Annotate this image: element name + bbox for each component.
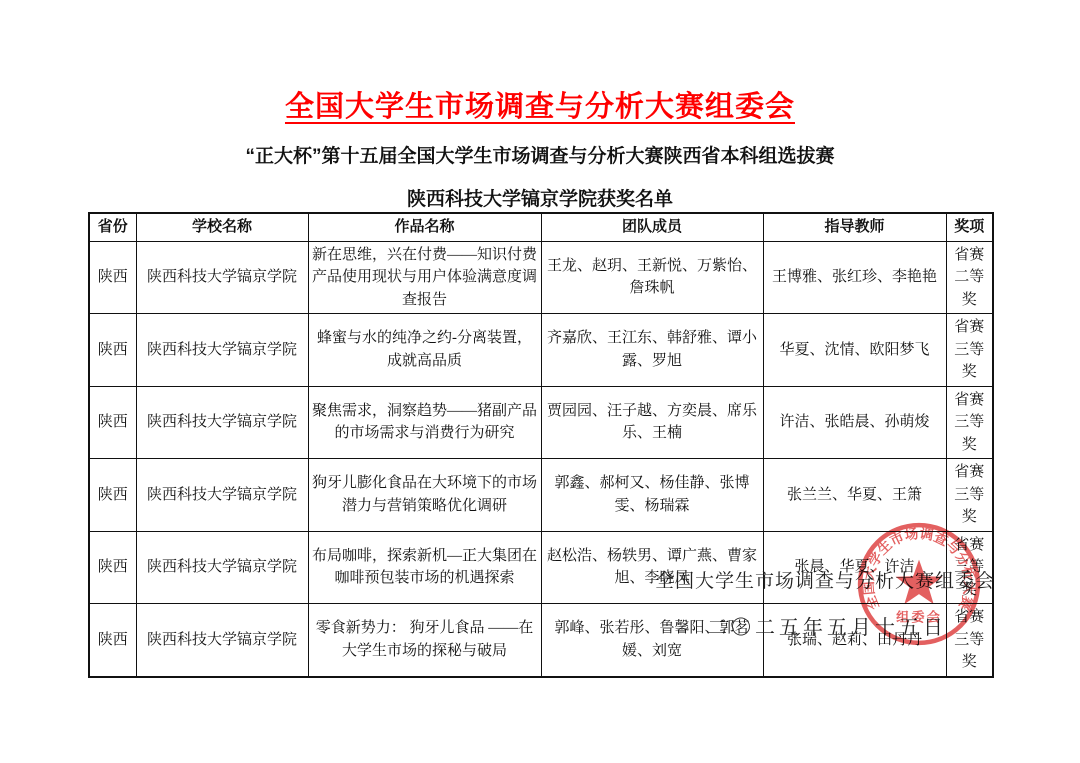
header-province: 省份 [89, 213, 136, 241]
cell-work: 新在思维，兴在付费——知识付费产品使用现状与用户体验满意度调查报告 [308, 241, 541, 314]
cell-province: 陕西 [89, 314, 136, 387]
header-work: 作品名称 [308, 213, 541, 241]
cell-school: 陕西科技大学镐京学院 [136, 241, 308, 314]
cell-team: 齐嘉欣、王江东、韩舒雅、谭小露、罗旭 [541, 314, 763, 387]
cell-work: 聚焦需求，洞察趋势——猪副产品的市场需求与消费行为研究 [308, 386, 541, 459]
header-award: 奖项 [946, 213, 993, 241]
cell-team: 郭鑫、郝柯又、杨佳静、张博雯、杨瑞霖 [541, 459, 763, 532]
cell-province: 陕西 [89, 604, 136, 677]
table-row: 陕西 陕西科技大学镐京学院 狗牙儿膨化食品在大环境下的市场潜力与营销策略优化调研… [89, 459, 993, 532]
cell-school: 陕西科技大学镐京学院 [136, 314, 308, 387]
cell-award: 省赛三等奖 [946, 386, 993, 459]
signature-org: 全国大学生市场调查与分析大赛组委会 [655, 566, 995, 593]
award-table: 省份 学校名称 作品名称 团队成员 指导教师 奖项 陕西 陕西科技大学镐京学院 … [88, 212, 994, 678]
header-team: 团队成员 [541, 213, 763, 241]
competition-subtitle: “正大杯”第十五届全国大学生市场调查与分析大赛陕西省本科组选拔赛 [0, 141, 1080, 168]
table-row: 陕西 陕西科技大学镐京学院 聚焦需求，洞察趋势——猪副产品的市场需求与消费行为研… [89, 386, 993, 459]
cell-school: 陕西科技大学镐京学院 [136, 604, 308, 677]
cell-school: 陕西科技大学镐京学院 [136, 459, 308, 532]
cell-award: 省赛三等奖 [946, 604, 993, 677]
header-mentor: 指导教师 [763, 213, 946, 241]
table-row: 陕西 陕西科技大学镐京学院 新在思维，兴在付费——知识付费产品使用现状与用户体验… [89, 241, 993, 314]
cell-work: 零食新势力： 狗牙儿食品 ——在大学生市场的探秘与破局 [308, 604, 541, 677]
cell-school: 陕西科技大学镐京学院 [136, 386, 308, 459]
header-school: 学校名称 [136, 213, 308, 241]
page-title: 全国大学生市场调查与分析大赛组委会 [0, 84, 1080, 125]
cell-mentor: 许洁、张皓晨、孙萌焌 [763, 386, 946, 459]
cell-school: 陕西科技大学镐京学院 [136, 531, 308, 604]
cell-award: 省赛三等奖 [946, 459, 993, 532]
table-header-row: 省份 学校名称 作品名称 团队成员 指导教师 奖项 [89, 213, 993, 241]
cell-work: 布局咖啡，探索新机—正大集团在咖啡预包装市场的机遇探索 [308, 531, 541, 604]
cell-work: 狗牙儿膨化食品在大环境下的市场潜力与营销策略优化调研 [308, 459, 541, 532]
cell-team: 贾园园、汪子越、方奕晨、席乐乐、王楠 [541, 386, 763, 459]
cell-province: 陕西 [89, 459, 136, 532]
cell-mentor: 张兰兰、华夏、王箫 [763, 459, 946, 532]
cell-mentor: 王博雅、张红珍、李艳艳 [763, 241, 946, 314]
cell-award: 省赛二等奖 [946, 241, 993, 314]
cell-province: 陕西 [89, 386, 136, 459]
cell-team: 王龙、赵玥、王新悦、万紫怡、詹珠帆 [541, 241, 763, 314]
cell-province: 陕西 [89, 241, 136, 314]
cell-mentor: 华夏、沈情、欧阳梦飞 [763, 314, 946, 387]
signature-date: 二〇二五年五月十五日 [707, 611, 947, 640]
cell-award: 省赛三等奖 [946, 314, 993, 387]
table-row: 陕西 陕西科技大学镐京学院 蜂蜜与水的纯净之约-分离装置，成就高品质 齐嘉欣、王… [89, 314, 993, 387]
cell-province: 陕西 [89, 531, 136, 604]
cell-work: 蜂蜜与水的纯净之约-分离装置，成就高品质 [308, 314, 541, 387]
award-list-title: 陕西科技大学镐京学院获奖名单 [0, 184, 1080, 211]
